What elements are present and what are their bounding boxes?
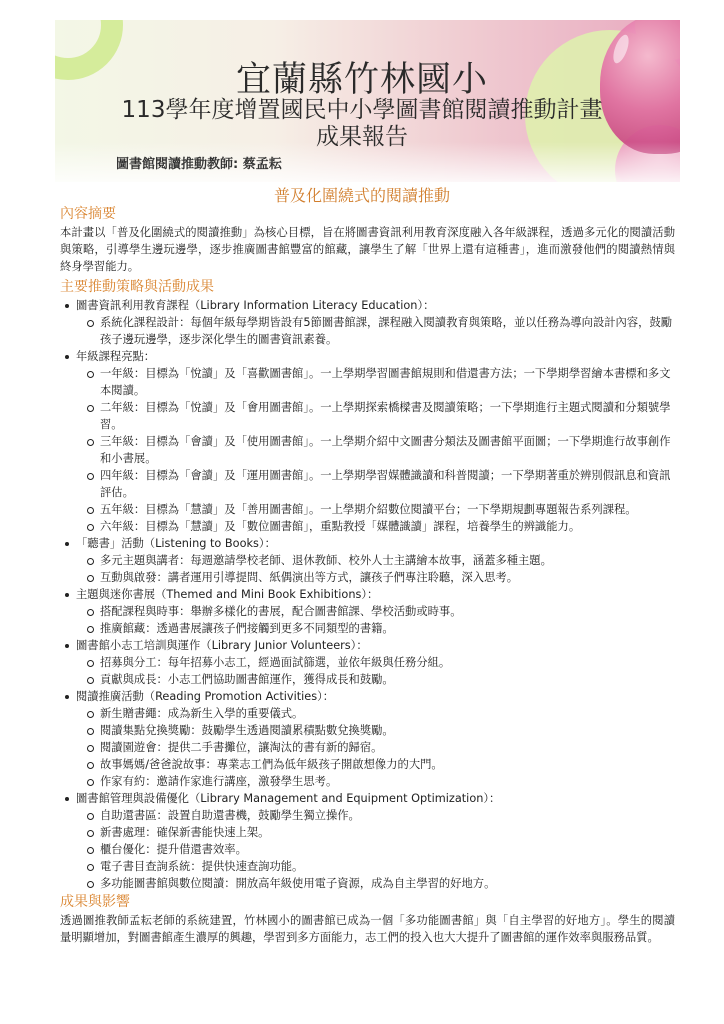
list-item-label: 年級課程亮點： — [76, 350, 155, 363]
list-item-label: 圖書資訊利用教育課程（Library Information Literacy … — [76, 299, 434, 312]
sub-list: 招募與分工：每年招募小志工，經過面試篩選，並依年級與任務分組。 貢獻與成長：小志… — [76, 654, 675, 688]
teacher-name: 圖書館閱讀推動教師: 蔡孟耘 — [116, 153, 282, 172]
sub-list: 新生贈書繩：成為新生入學的重要儀式。 閱讀集點兌換獎勵：鼓勵學生透過閱讀累積點數… — [76, 705, 675, 790]
sub-list-item: 推廣館藏：透過書展讓孩子們接觸到更多不同類型的書籍。 — [100, 620, 675, 637]
list-item: 圖書資訊利用教育課程（Library Information Literacy … — [76, 297, 675, 348]
document-title: 普及化圍繞式的閱讀推動 — [0, 183, 724, 206]
list-item: 閱讀推廣活動（Reading Promotion Activities）： 新生… — [76, 688, 675, 790]
sub-list-item: 四年級：目標為「會讀」及「運用圖書館」。一上學期學習媒體識讀和科普閱讀；一下學期… — [100, 467, 675, 501]
list-item-label: 圖書館小志工培訓與運作（Library Junior Volunteers）： — [76, 639, 368, 652]
document-body: 內容摘要 本計畫以「普及化圍繞式的閱讀推動」為核心目標，旨在將圖書資訊利用教育深… — [60, 204, 675, 946]
strategies-heading: 主要推動策略與活動成果 — [60, 277, 675, 297]
list-item-label: 主題與迷你書展（Themed and Mini Book Exhibitions… — [76, 588, 378, 601]
sub-list-item: 系統化課程設計：每個年級每學期皆設有5節圖書館課，課程融入閱讀教育與策略，並以任… — [100, 314, 675, 348]
sub-list-item: 一年級：目標為「悅讀」及「喜歡圖書館」。一上學期學習圖書館規則和借還書方法；一下… — [100, 365, 675, 399]
list-item: 圖書館小志工培訓與運作（Library Junior Volunteers）： … — [76, 637, 675, 688]
list-item: 年級課程亮點： 一年級：目標為「悅讀」及「喜歡圖書館」。一上學期學習圖書館規則和… — [76, 348, 675, 535]
summary-text: 本計畫以「普及化圍繞式的閱讀推動」為核心目標，旨在將圖書資訊利用教育深度融入各年… — [60, 224, 675, 275]
sub-list-item: 多功能圖書館與數位閱讀：開放高年級使用電子資源，成為自主學習的好地方。 — [100, 875, 675, 892]
sub-list-item: 五年級：目標為「慧讀」及「善用圖書館」。一上學期介紹數位閱讀平台；一下學期規劃專… — [100, 501, 675, 518]
list-item-label: 「聽書」活動（Listening to Books）： — [76, 537, 276, 550]
sub-list-item: 電子書目查詢系統：提供快速查詢功能。 — [100, 858, 675, 875]
report-label: 成果報告 — [0, 118, 724, 151]
list-item-label: 圖書館管理與設備優化（Library Management and Equipm… — [76, 792, 500, 805]
sub-list-item: 招募與分工：每年招募小志工，經過面試篩選，並依年級與任務分組。 — [100, 654, 675, 671]
sub-list-item: 多元主題與講者：每週邀請學校老師、退休教師、校外人士主講繪本故事，涵蓋多種主題。 — [100, 552, 675, 569]
sub-list-item: 新書處理：確保新書能快速上架。 — [100, 824, 675, 841]
sub-list-item: 櫃台優化：提升借還書效率。 — [100, 841, 675, 858]
sub-list-item: 二年級：目標為「悅讀」及「會用圖書館」。一上學期探索橋樑書及閱讀策略；一下學期進… — [100, 399, 675, 433]
sub-list: 自助還書區：設置自助還書機，鼓勵學生獨立操作。 新書處理：確保新書能快速上架。 … — [76, 807, 675, 892]
sub-list: 搭配課程與時事：舉辦多樣化的書展，配合圖書館課、學校活動或時事。 推廣館藏：透過… — [76, 603, 675, 637]
sub-list-item: 六年級：目標為「慧讀」及「數位圖書館」，重點教授「媒體識讀」課程，培養學生的辨識… — [100, 518, 675, 535]
sub-list-item: 搭配課程與時事：舉辦多樣化的書展，配合圖書館課、學校活動或時事。 — [100, 603, 675, 620]
impact-heading: 成果與影響 — [60, 892, 675, 912]
list-item-label: 閱讀推廣活動（Reading Promotion Activities）： — [76, 690, 334, 703]
sub-list-item: 新生贈書繩：成為新生入學的重要儀式。 — [100, 705, 675, 722]
sub-list-item: 自助還書區：設置自助還書機，鼓勵學生獨立操作。 — [100, 807, 675, 824]
sub-list-item: 貢獻與成長：小志工們協助圖書館運作，獲得成長和鼓勵。 — [100, 671, 675, 688]
list-item: 主題與迷你書展（Themed and Mini Book Exhibitions… — [76, 586, 675, 637]
sub-list-item: 閱讀園遊會：提供二手書攤位，讓淘汰的書有新的歸宿。 — [100, 739, 675, 756]
sub-list: 一年級：目標為「悅讀」及「喜歡圖書館」。一上學期學習圖書館規則和借還書方法；一下… — [76, 365, 675, 535]
sub-list: 多元主題與講者：每週邀請學校老師、退休教師、校外人士主講繪本故事，涵蓋多種主題。… — [76, 552, 675, 586]
sub-list-item: 故事媽媽/爸爸說故事：專業志工們為低年級孩子開啟想像力的大門。 — [100, 756, 675, 773]
list-item: 圖書館管理與設備優化（Library Management and Equipm… — [76, 790, 675, 892]
strategies-list: 圖書資訊利用教育課程（Library Information Literacy … — [60, 297, 675, 892]
summary-heading: 內容摘要 — [60, 204, 675, 224]
sub-list-item: 三年級：目標為「會讀」及「使用圖書館」。一上學期介紹中文圖書分類法及圖書館平面圖… — [100, 433, 675, 467]
sub-list: 系統化課程設計：每個年級每學期皆設有5節圖書館課，課程融入閱讀教育與策略，並以任… — [76, 314, 675, 348]
list-item: 「聽書」活動（Listening to Books）： 多元主題與講者：每週邀請… — [76, 535, 675, 586]
impact-text: 透過圖推教師孟耘老師的系統建置，竹林國小的圖書館已成為一個「多功能圖書館」與「自… — [60, 912, 675, 946]
sub-list-item: 作家有約：邀請作家進行講座，激發學生思考。 — [100, 773, 675, 790]
sub-list-item: 互動與啟發：講者運用引導提問、紙偶演出等方式，讓孩子們專注聆聽，深入思考。 — [100, 569, 675, 586]
sub-list-item: 閱讀集點兌換獎勵：鼓勵學生透過閱讀累積點數兌換獎勵。 — [100, 722, 675, 739]
